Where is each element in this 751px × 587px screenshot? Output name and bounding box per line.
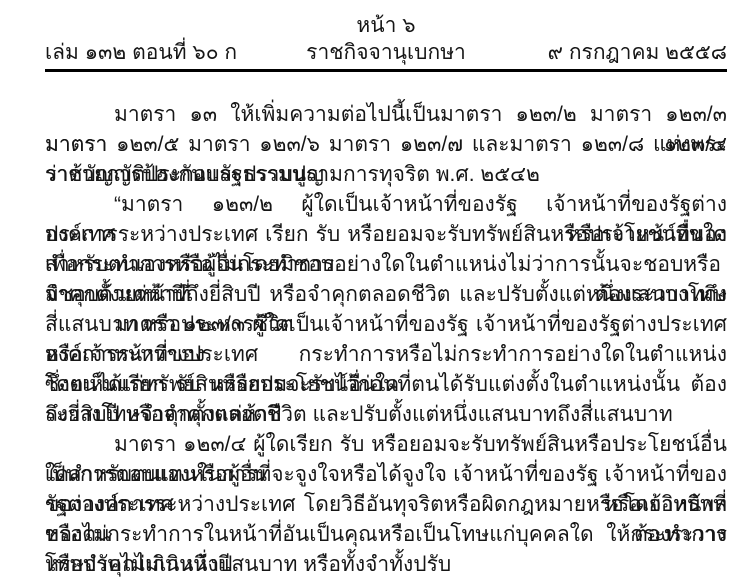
text-line: เป็นการตอบแทนในการที่จะจูงใจหรือได้จูงใจ… (45, 460, 727, 490)
page-number-label: หน้า ๖ (45, 13, 727, 39)
text-line: จำคุกตั้งแต่ห้าปีถึงยี่สิบปี หรือจำคุกตล… (45, 280, 727, 310)
text-line: มาตรา ๑๒๓/๔ ผู้ใดเรียก รับ หรือยอมจะรับท… (45, 430, 727, 460)
header-divider-rule (45, 69, 727, 72)
paragraph-section-13: มาตรา ๑๓ ให้เพิ่มความต่อไปนี้เป็นมาตรา ๑… (45, 100, 727, 190)
paragraph-section-123-3: มาตรา ๑๒๓/๓ ผู้ใดเป็นเจ้าหน้าที่ของรัฐ เ… (45, 310, 727, 430)
text-line: ขององค์การระหว่างประเทศ โดยวิธีอันทุจริต… (45, 490, 727, 520)
text-line: ถึงยี่สิบปี หรือจำคุกตลอดชีวิต และปรับตั… (45, 400, 727, 430)
text-line: หรือไม่กระทำการในหน้าที่อันเป็นคุณหรือเป… (45, 520, 727, 550)
text-line: หรือปรับไม่เกินหนึ่งแสนบาท หรือทั้งจำทั้… (45, 550, 727, 580)
gazette-title: ราชกิจจานุเบกษา (306, 39, 466, 66)
gazette-page: หน้า ๖ เล่ม ๑๓๒ ตอนที่ ๖๐ ก ราชกิจจานุเบ… (0, 0, 751, 587)
paragraph-section-123-2: “มาตรา ๑๒๓/๒ ผู้ใดเป็นเจ้าหน้าที่ของรัฐ … (45, 190, 727, 310)
page-header: หน้า ๖ เล่ม ๑๓๒ ตอนที่ ๖๐ ก ราชกิจจานุเบ… (45, 13, 727, 72)
text-line: “มาตรา ๑๒๓/๒ ผู้ใดเป็นเจ้าหน้าที่ของรัฐ … (45, 190, 727, 220)
paragraph-section-123-4: มาตรา ๑๒๓/๔ ผู้ใดเรียก รับ หรือยอมจะรับท… (45, 430, 727, 580)
publication-date: ๙ กรกฎาคม ๒๕๕๘ (466, 39, 727, 66)
masthead-row: เล่ม ๑๓๒ ตอนที่ ๖๐ ก ราชกิจจานุเบกษา ๙ ก… (45, 39, 727, 66)
text-line: ว่าด้วยการป้องกันและปราบปรามการทุจริต พ.… (45, 160, 727, 190)
text-line: เพื่อกระทำการหรือไม่กระทำการอย่างใดในตำแ… (45, 250, 727, 280)
text-line: ซึ่งตนได้เรียก รับ หรือยอมจะรับไว้ก่อนที… (45, 370, 727, 400)
volume-issue-label: เล่ม ๑๓๒ ตอนที่ ๖๐ ก (45, 39, 306, 66)
text-line: องค์การระหว่างประเทศ กระทำการหรือไม่กระท… (45, 340, 727, 370)
text-line: มาตรา ๑๒๓/๓ ผู้ใดเป็นเจ้าหน้าที่ของรัฐ เ… (45, 310, 727, 340)
document-body: มาตรา ๑๓ ให้เพิ่มความต่อไปนี้เป็นมาตรา ๑… (45, 100, 727, 580)
text-line: มาตรา ๑๒๓/๕ มาตรา ๑๒๓/๖ มาตรา ๑๒๓/๗ และม… (45, 130, 727, 160)
text-line: องค์การระหว่างประเทศ เรียก รับ หรือยอมจะ… (45, 220, 727, 250)
text-line: มาตรา ๑๓ ให้เพิ่มความต่อไปนี้เป็นมาตรา ๑… (45, 100, 727, 130)
